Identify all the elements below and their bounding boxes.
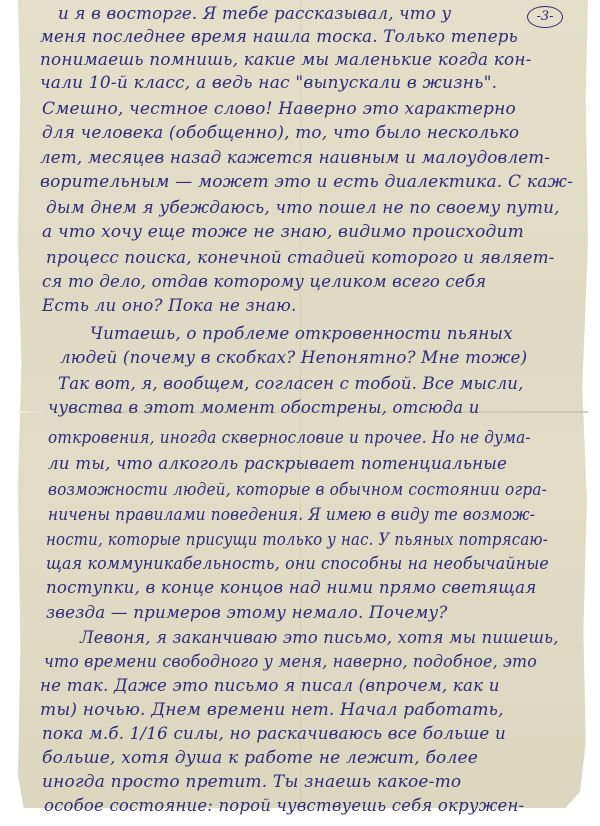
letter-line: больше, хотя душа к работе не лежит, бол… [42,748,478,768]
letter-line: Левоня, я заканчиваю это письмо, хотя мы… [80,628,559,648]
letter-line: и я в восторге. Я тебе рассказывал, что … [58,4,451,24]
letter-line: не так. Даже это письмо я писал (впрочем… [40,676,500,696]
letter-line: ворительным — может это и есть диалектик… [40,172,573,192]
letter-line: а что хочу еще тоже не знаю, видимо прои… [42,222,524,242]
letter-line: особое состояние: порой чувствуешь себя … [44,796,524,816]
letter-line: людей (почему в скобках? Непонятно? Мне … [60,348,527,368]
letter-line: ся то дело, отдав которому целиком всего… [42,272,486,292]
letter-line: пока м.б. 1/16 силы, но раскачиваюсь все… [42,724,506,744]
letter-line: чали 10-й класс, а ведь нас "выпускали в… [40,73,497,93]
letter-line: дым днем я убеждаюсь, что пошел не по св… [46,198,560,218]
letter-line: иногда просто претит. Ты знаешь какое-то [42,772,461,792]
letter-line: меня последнее время нашла тоска. Только… [40,27,518,47]
letter-line: возможности людей, которые в обычном сос… [48,480,547,500]
letter-line: чувства в этот момент обострены, отсюда … [48,398,480,418]
letter-line: процесс поиска, конечной стадией которог… [46,248,555,268]
letter-line: откровения, иногда сквернословие и проче… [48,428,531,448]
letter-line: щая коммуникабельность, они способны на … [46,554,549,574]
letter-line: Так вот, я, вообщем, согласен с тобой. В… [58,374,524,394]
letter-line: понимаешь помнишь, какие мы маленькие ко… [40,50,532,70]
letter-line: что времени свободного у меня, наверно, … [44,652,537,672]
letter-line: лет, месяцев назад кажется наивным и мал… [40,148,550,168]
letter-line: ли ты, что алкоголь раскрывает потенциал… [48,454,507,474]
letter-line: Читаешь, о проблеме откровенности пьяных [90,324,513,344]
letter-line: звезда — примеров этому немало. Почему? [46,603,448,623]
letter-line: ности, которые присущи только у нас. У п… [46,530,548,550]
letter-line: ты) ночью. Днем времени нет. Начал работ… [40,700,504,720]
letter-line: для человека (обобщенно), то, что было н… [42,123,519,143]
letter-line: Есть ли оно? Пока не знаю. [42,296,296,316]
letter-line: поступки, в конце концов над ними прямо … [46,578,537,598]
letter-body: и я в восторге. Я тебе рассказывал, что … [0,0,600,826]
letter-line: ничены правилами поведения. Я имею в вид… [48,505,535,525]
letter-line: Смешно, честное слово! Наверно это харак… [42,99,516,119]
